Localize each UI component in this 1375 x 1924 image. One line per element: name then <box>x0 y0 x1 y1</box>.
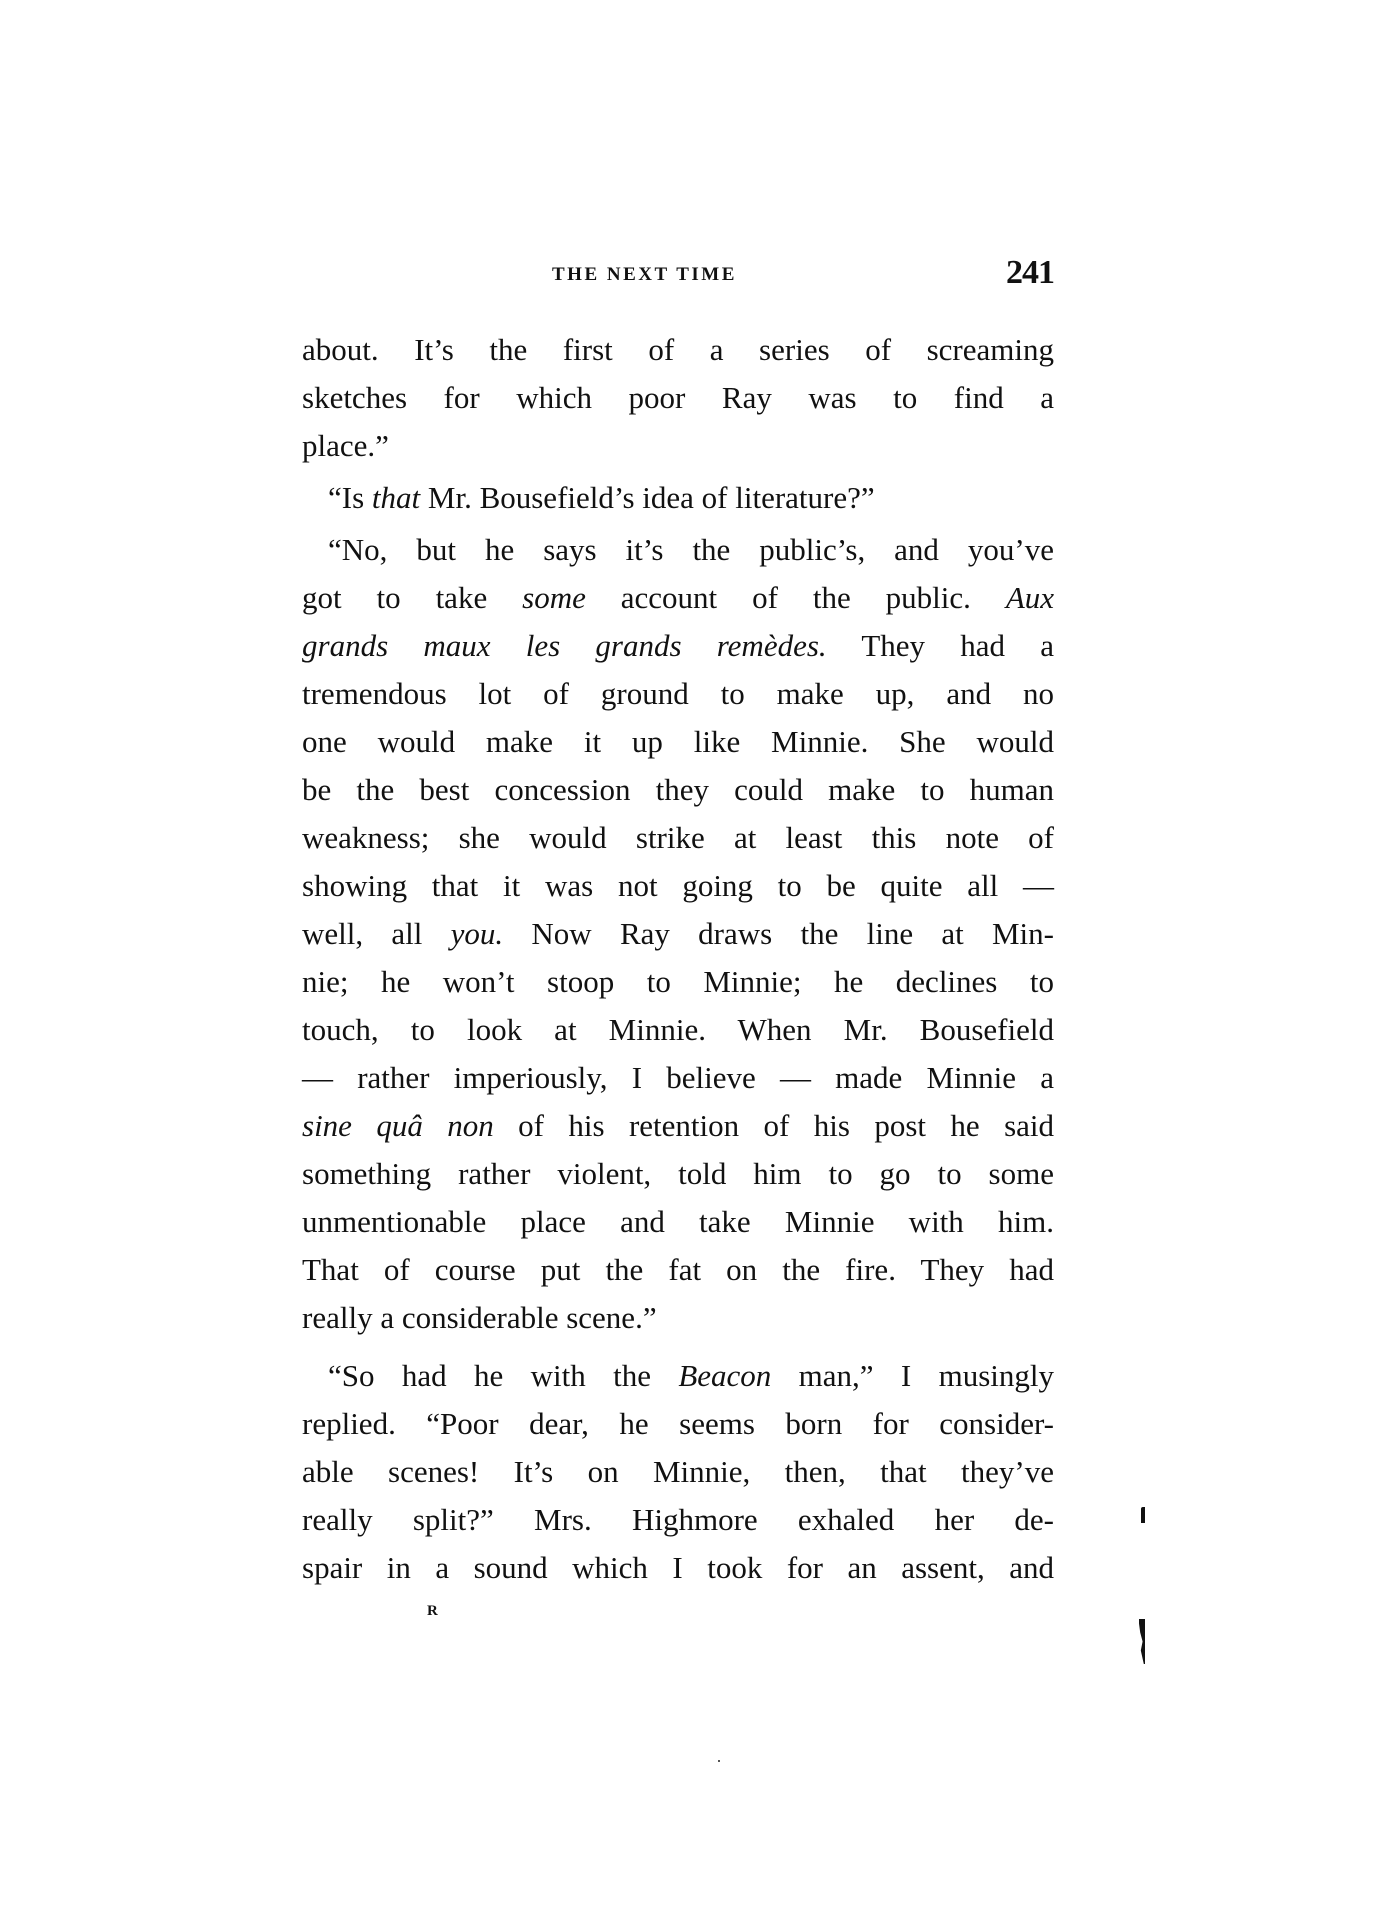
text-line: well, all you. Now Ray draws the line at… <box>302 910 1054 958</box>
text-line: touch, to look at Minnie. When Mr. Bouse… <box>302 1006 1054 1054</box>
emphasis: that <box>372 480 420 515</box>
text-line: “No, but he says it’s the public’s, and … <box>302 526 1054 574</box>
text-line: about. It’s the first of a series of scr… <box>302 326 1054 374</box>
text-line: — rather imperiously, I believe — made M… <box>302 1054 1054 1102</box>
text-line: place.” <box>302 422 1054 470</box>
emphasis: sine quâ non <box>302 1108 494 1143</box>
body-text: about. It’s the first of a series of scr… <box>302 326 1054 1592</box>
text-line: be the best concession they could make t… <box>302 766 1054 814</box>
text-line: sine quâ non of his retention of his pos… <box>302 1102 1054 1150</box>
text-line: weakness; she would strike at least this… <box>302 814 1054 862</box>
margin-ink-mark <box>1141 1507 1145 1523</box>
text-line: showing that it was not going to be quit… <box>302 862 1054 910</box>
text-line: tremendous lot of ground to make up, and… <box>302 670 1054 718</box>
text-line: unmentionable place and take Minnie with… <box>302 1198 1054 1246</box>
text-line: nie; he won’t stoop to Minnie; he declin… <box>302 958 1054 1006</box>
page-number: 241 <box>1006 254 1054 292</box>
book-page: THE NEXT TIME 241 about. It’s the first … <box>0 0 1375 1924</box>
text-line: replied. “Poor dear, he seems born for c… <box>302 1400 1054 1448</box>
text-line: one would make it up like Minnie. She wo… <box>302 718 1054 766</box>
text-line: got to take some account of the public. … <box>302 574 1054 622</box>
text-line: sketches for which poor Ray was to find … <box>302 374 1054 422</box>
running-title: THE NEXT TIME <box>552 264 737 286</box>
text-line: really a considerable scene.” <box>302 1294 1054 1342</box>
margin-ink-mark <box>1139 1619 1145 1664</box>
emphasis: you. <box>451 916 504 951</box>
emphasis: Beacon <box>678 1358 771 1393</box>
ink-speck <box>718 1760 720 1762</box>
text-line: “Is that Mr. Bousefield’s idea of litera… <box>302 474 1054 522</box>
text-line: able scenes! It’s on Minnie, then, that … <box>302 1448 1054 1496</box>
text-line: That of course put the fat on the fire. … <box>302 1246 1054 1294</box>
text-line: something rather violent, told him to go… <box>302 1150 1054 1198</box>
text-line: grands maux les grands remèdes. They had… <box>302 622 1054 670</box>
running-head: THE NEXT TIME 241 <box>302 254 1054 294</box>
text-line: “So had he with the Beacon man,” I musin… <box>302 1352 1054 1400</box>
emphasis: grands maux les grands remèdes. <box>302 628 827 663</box>
signature-mark: R <box>427 1603 438 1620</box>
text-line: really split?” Mrs. Highmore exhaled her… <box>302 1496 1054 1544</box>
text-line: spair in a sound which I took for an ass… <box>302 1544 1054 1592</box>
emphasis: Aux <box>1006 580 1054 615</box>
emphasis: some <box>522 580 586 615</box>
